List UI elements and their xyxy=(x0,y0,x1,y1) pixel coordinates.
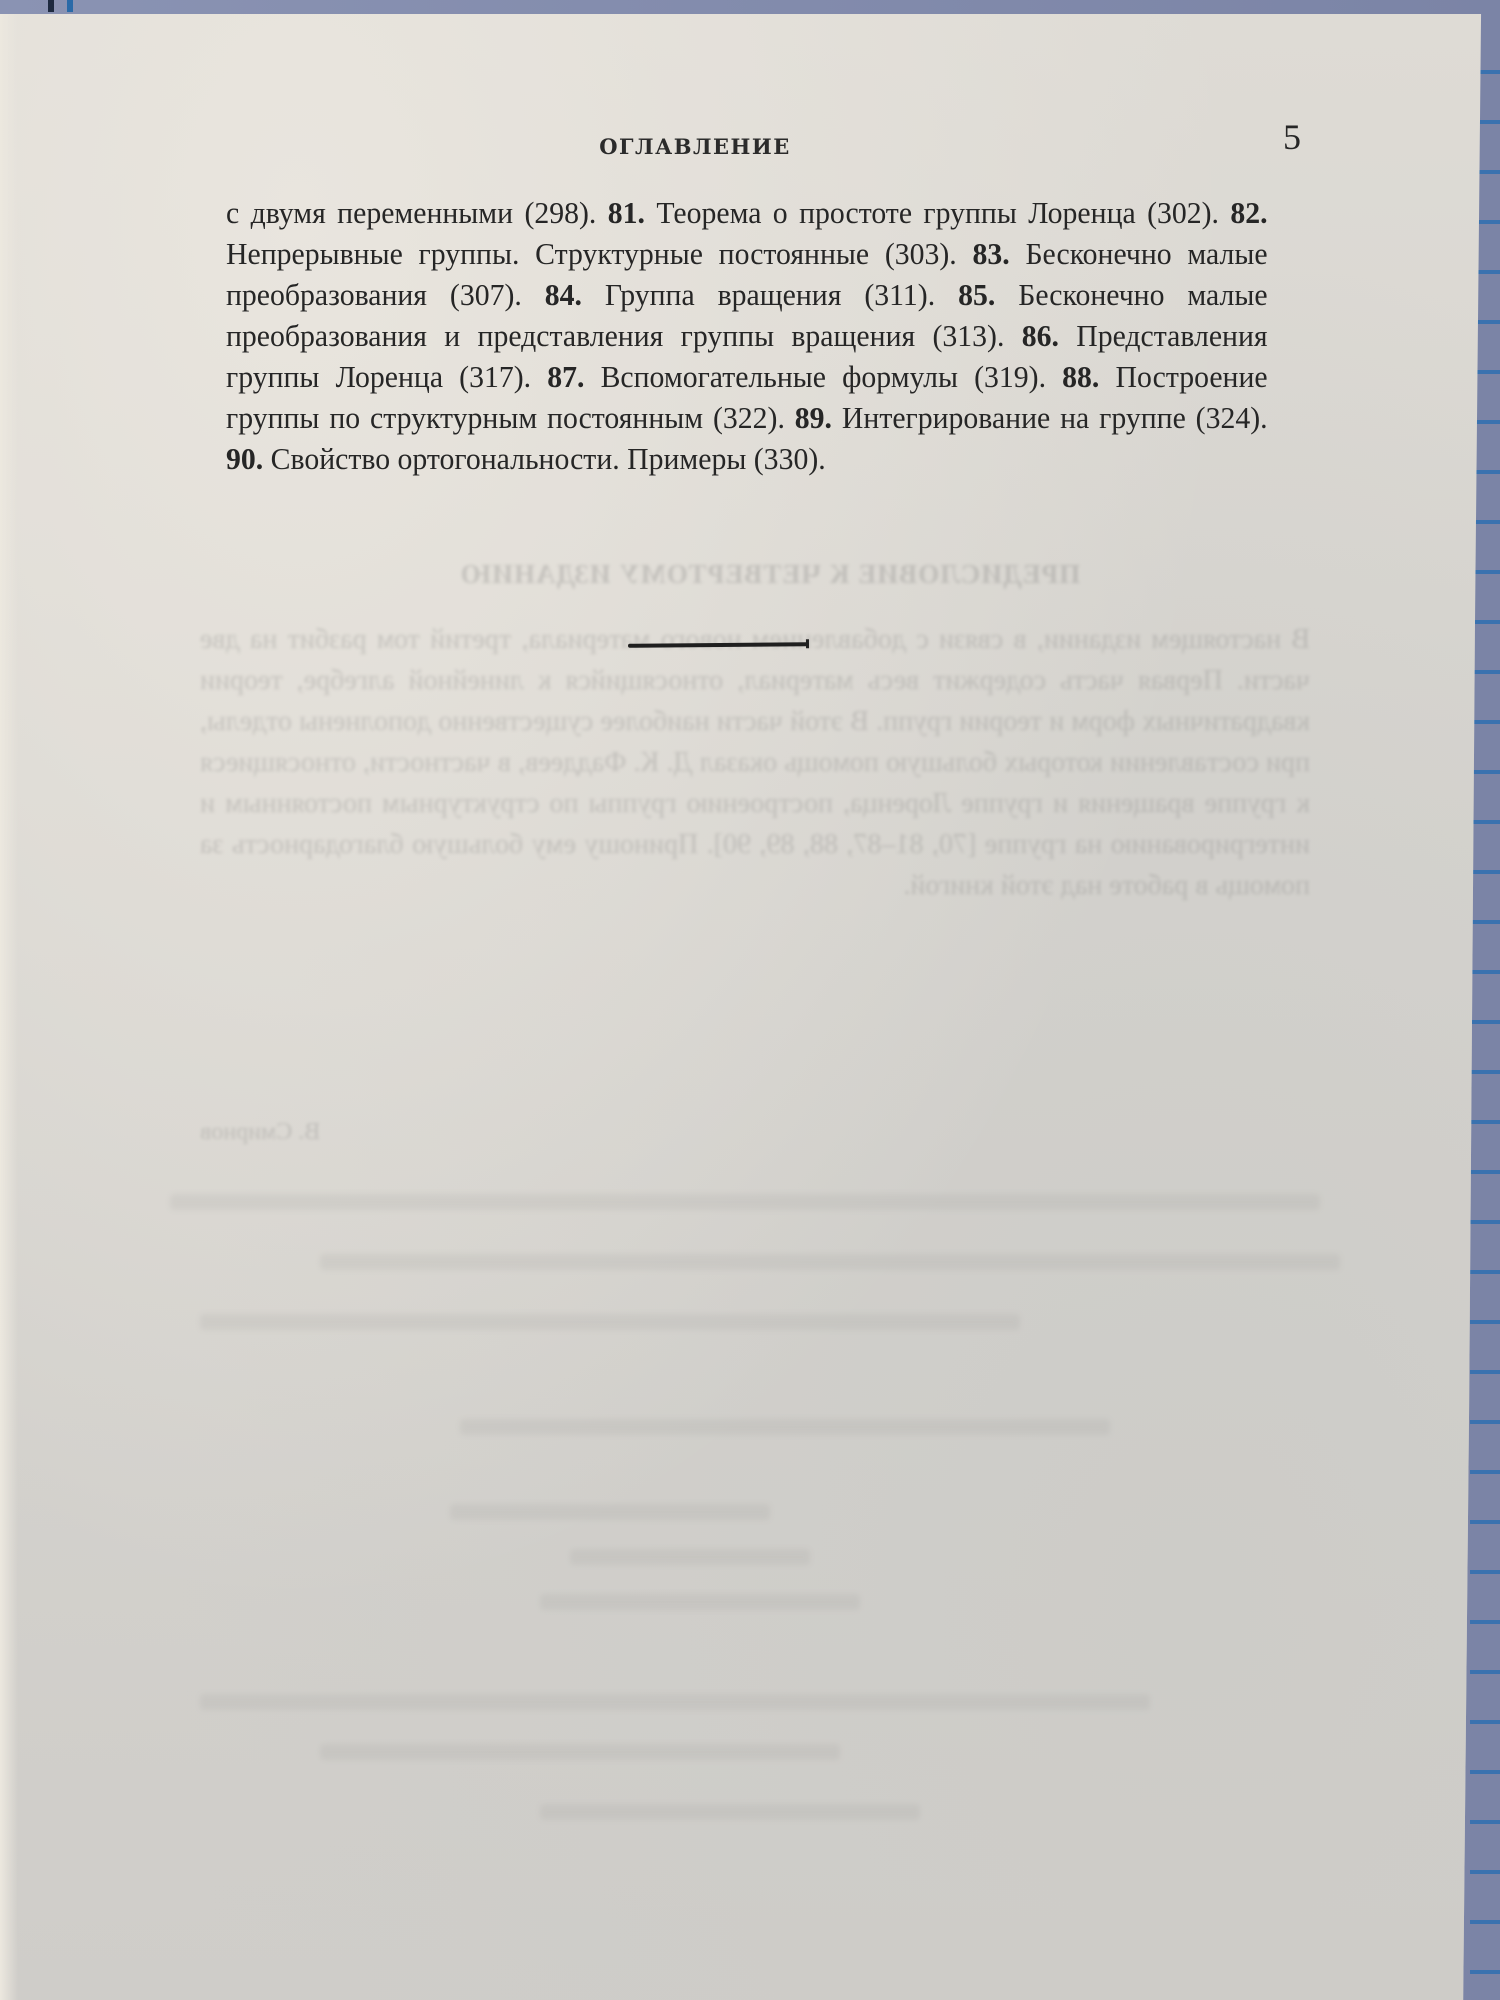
bleed-through-line xyxy=(200,1314,1020,1330)
toc-entry-text: Свойство ортогональности. Примеры (330). xyxy=(263,441,825,476)
grid-line-mark xyxy=(1470,1420,1500,1424)
toc-entry-text: Теорема о простоте группы Лоренца (302). xyxy=(645,195,1230,230)
bleed-through-line xyxy=(320,1254,1340,1270)
grid-line-mark xyxy=(1470,1520,1500,1524)
grid-line-mark xyxy=(1470,1270,1500,1274)
running-head: ОГЛАВЛЕНИЕ xyxy=(0,134,1445,159)
bleed-through-line xyxy=(570,1549,810,1565)
grid-line-mark xyxy=(1470,920,1500,924)
grid-line-mark xyxy=(1470,1070,1500,1074)
background-mark xyxy=(67,0,73,12)
toc-section-number: 90. xyxy=(226,441,263,476)
toc-section-number: 85. xyxy=(958,277,995,312)
toc-section-number: 84. xyxy=(545,277,582,312)
grid-line-mark xyxy=(1470,820,1500,824)
grid-line-mark xyxy=(1470,1620,1500,1624)
page-edge xyxy=(0,14,18,2000)
toc-section-number: 83. xyxy=(972,236,1009,271)
page-number: 5 xyxy=(1283,116,1301,158)
bleed-through-line xyxy=(170,1194,1320,1210)
bleed-through-line xyxy=(540,1804,920,1820)
toc-section-number: 88. xyxy=(1062,359,1099,394)
bleed-through-title: ПРЕДИСЛОВИЕ К ЧЕТВЕРТОМУ ИЗДАНИЮ xyxy=(330,559,1210,590)
grid-line-mark xyxy=(1470,1870,1500,1874)
grid-line-mark xyxy=(1470,1020,1500,1024)
grid-line-mark xyxy=(1470,1670,1500,1674)
grid-line-mark xyxy=(1470,970,1500,974)
bleed-through-line xyxy=(450,1504,770,1520)
grid-line-mark xyxy=(1470,1920,1500,1924)
grid-line-mark xyxy=(1470,1370,1500,1374)
toc-section-number: 89. xyxy=(795,400,832,435)
toc-section-number: 81. xyxy=(608,195,645,230)
toc-entry-text: Группа вращения (311). xyxy=(582,277,958,312)
grid-line-mark xyxy=(1470,870,1500,874)
grid-line-mark xyxy=(1470,1320,1500,1324)
bleed-through-signature: В. Смирнов xyxy=(200,1119,1300,1146)
toc-section-number: 82. xyxy=(1230,195,1267,230)
toc-entry-text: Непрерывные группы. Структурные постоянн… xyxy=(226,236,972,271)
toc-entry-text: Интегрирование на группе (324). xyxy=(832,400,1268,435)
grid-line-mark xyxy=(1470,1720,1500,1724)
toc-section-number: 86. xyxy=(1022,318,1059,353)
bleed-through-line xyxy=(460,1419,1110,1435)
grid-line-mark xyxy=(1470,1120,1500,1124)
bleed-through-line xyxy=(540,1594,860,1610)
table-of-contents-paragraph: с двумя переменными (298). 81. Теорема о… xyxy=(226,192,1268,479)
toc-entry-text: Вспо­могательные формулы (319). xyxy=(584,359,1062,394)
grid-line-mark xyxy=(1470,1470,1500,1474)
grid-line-mark xyxy=(1470,1220,1500,1224)
toc-section-number: 87. xyxy=(547,359,584,394)
bleed-through-line xyxy=(320,1744,840,1760)
grid-line-mark xyxy=(1470,1820,1500,1824)
grid-line-mark xyxy=(1470,1970,1500,1974)
grid-line-mark xyxy=(1470,1170,1500,1174)
book-page: ПРЕДИСЛОВИЕ К ЧЕТВЕРТОМУ ИЗДАНИЮ В насто… xyxy=(0,14,1490,2000)
bleed-through-body: В настоящем издании, в связи с добавлени… xyxy=(200,619,1310,906)
toc-entry-text: с двумя переменными (298). xyxy=(226,195,608,230)
grid-line-mark xyxy=(1470,1570,1500,1574)
grid-line-mark xyxy=(1470,1770,1500,1774)
grid-line-mark xyxy=(1470,770,1500,774)
background-mark xyxy=(48,0,54,12)
bleed-through-line xyxy=(200,1694,1150,1710)
grid-line-mark xyxy=(1470,720,1500,724)
